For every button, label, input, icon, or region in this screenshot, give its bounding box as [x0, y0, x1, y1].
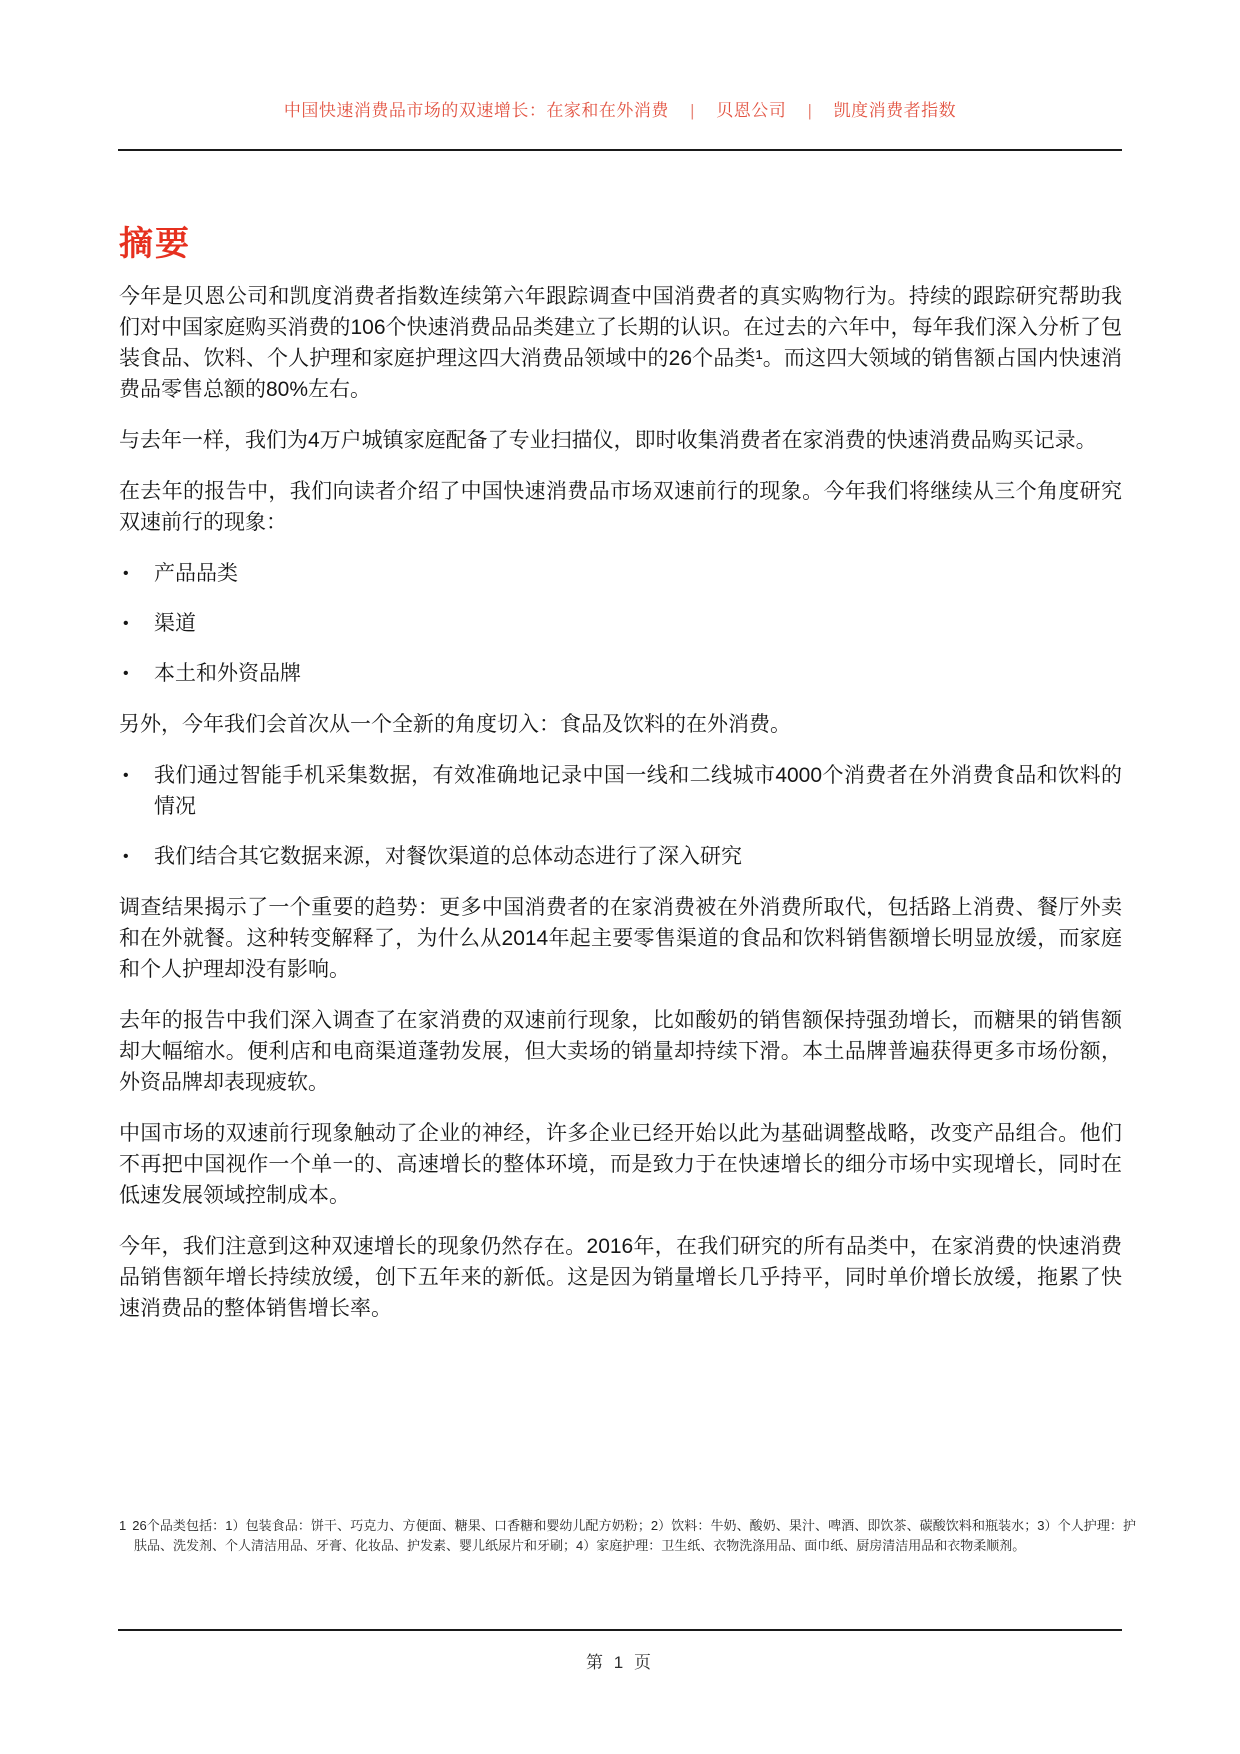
list-item-label: 我们结合其它数据来源，对餐饮渠道的总体动态进行了深入研究 [154, 841, 1122, 872]
footnote-text: 26个品类包括：1）包装食品：饼干、巧克力、方便面、糖果、口香糖和婴幼儿配方奶粉… [132, 1518, 1136, 1553]
list-item-label: 产品品类 [154, 558, 1122, 589]
paragraph-2: 与去年一样，我们为4万户城镇家庭配备了专业扫描仪，即时收集消费者在家消费的快速消… [119, 425, 1122, 456]
bullet-icon: • [119, 841, 154, 872]
paragraph-4: 另外，今年我们会首次从一个全新的角度切入：食品及饮料的在外消费。 [119, 709, 1122, 740]
paragraph-5: 调查结果揭示了一个重要的趋势：更多中国消费者的在家消费被在外消费所取代，包括路上… [119, 892, 1122, 985]
list-item-label: 本土和外资品牌 [154, 658, 1122, 689]
paragraph-6: 去年的报告中我们深入调查了在家消费的双速前行现象，比如酸奶的销售额保持强劲增长，… [119, 1005, 1122, 1098]
list-item: • 产品品类 [119, 558, 1122, 589]
paragraph-7: 中国市场的双速前行现象触动了企业的神经，许多企业已经开始以此为基础调整战略，改变… [119, 1118, 1122, 1211]
list-item-label: 我们通过智能手机采集数据，有效准确地记录中国一线和二线城市4000个消费者在外消… [154, 760, 1122, 822]
header-report-title: 中国快速消费品市场的双速增长：在家和在外消费 [284, 101, 669, 120]
page-title: 摘要 [119, 216, 191, 265]
list-item: • 渠道 [119, 608, 1122, 639]
bullet-list-methods: • 我们通过智能手机采集数据，有效准确地记录中国一线和二线城市4000个消费者在… [119, 760, 1122, 872]
running-header: 中国快速消费品市场的双速增长：在家和在外消费 | 贝恩公司 | 凯度消费者指数 [0, 96, 1240, 121]
report-page: 中国快速消费品市场的双速增长：在家和在外消费 | 贝恩公司 | 凯度消费者指数 … [0, 0, 1240, 1754]
bullet-icon: • [119, 558, 154, 589]
page-number: 第 1 页 [0, 1648, 1240, 1673]
bullet-icon: • [119, 608, 154, 639]
bullet-list-angles: • 产品品类 • 渠道 • 本土和外资品牌 [119, 558, 1122, 689]
footnote: 126个品类包括：1）包装食品：饼干、巧克力、方便面、糖果、口香糖和婴幼儿配方奶… [119, 1516, 1136, 1555]
header-rule [118, 149, 1122, 151]
body-content: 今年是贝恩公司和凯度消费者指数连续第六年跟踪调查中国消费者的真实购物行为。持续的… [119, 281, 1122, 1344]
bullet-icon: • [119, 658, 154, 689]
list-item: • 本土和外资品牌 [119, 658, 1122, 689]
bullet-icon: • [119, 760, 154, 822]
paragraph-1: 今年是贝恩公司和凯度消费者指数连续第六年跟踪调查中国消费者的真实购物行为。持续的… [119, 281, 1122, 405]
list-item: • 我们结合其它数据来源，对餐饮渠道的总体动态进行了深入研究 [119, 841, 1122, 872]
paragraph-3: 在去年的报告中，我们向读者介绍了中国快速消费品市场双速前行的现象。今年我们将继续… [119, 476, 1122, 538]
header-brand-kantar: 凯度消费者指数 [834, 101, 957, 120]
paragraph-8: 今年，我们注意到这种双速增长的现象仍然存在。2016年，在我们研究的所有品类中，… [119, 1231, 1122, 1324]
header-brand-bain: 贝恩公司 [716, 101, 786, 120]
footer-rule [118, 1629, 1122, 1631]
header-divider-icon: | [690, 101, 695, 121]
header-divider-icon: | [807, 101, 812, 121]
list-item: • 我们通过智能手机采集数据，有效准确地记录中国一线和二线城市4000个消费者在… [119, 760, 1122, 822]
footnote-marker: 1 [119, 1518, 126, 1533]
list-item-label: 渠道 [154, 608, 1122, 639]
